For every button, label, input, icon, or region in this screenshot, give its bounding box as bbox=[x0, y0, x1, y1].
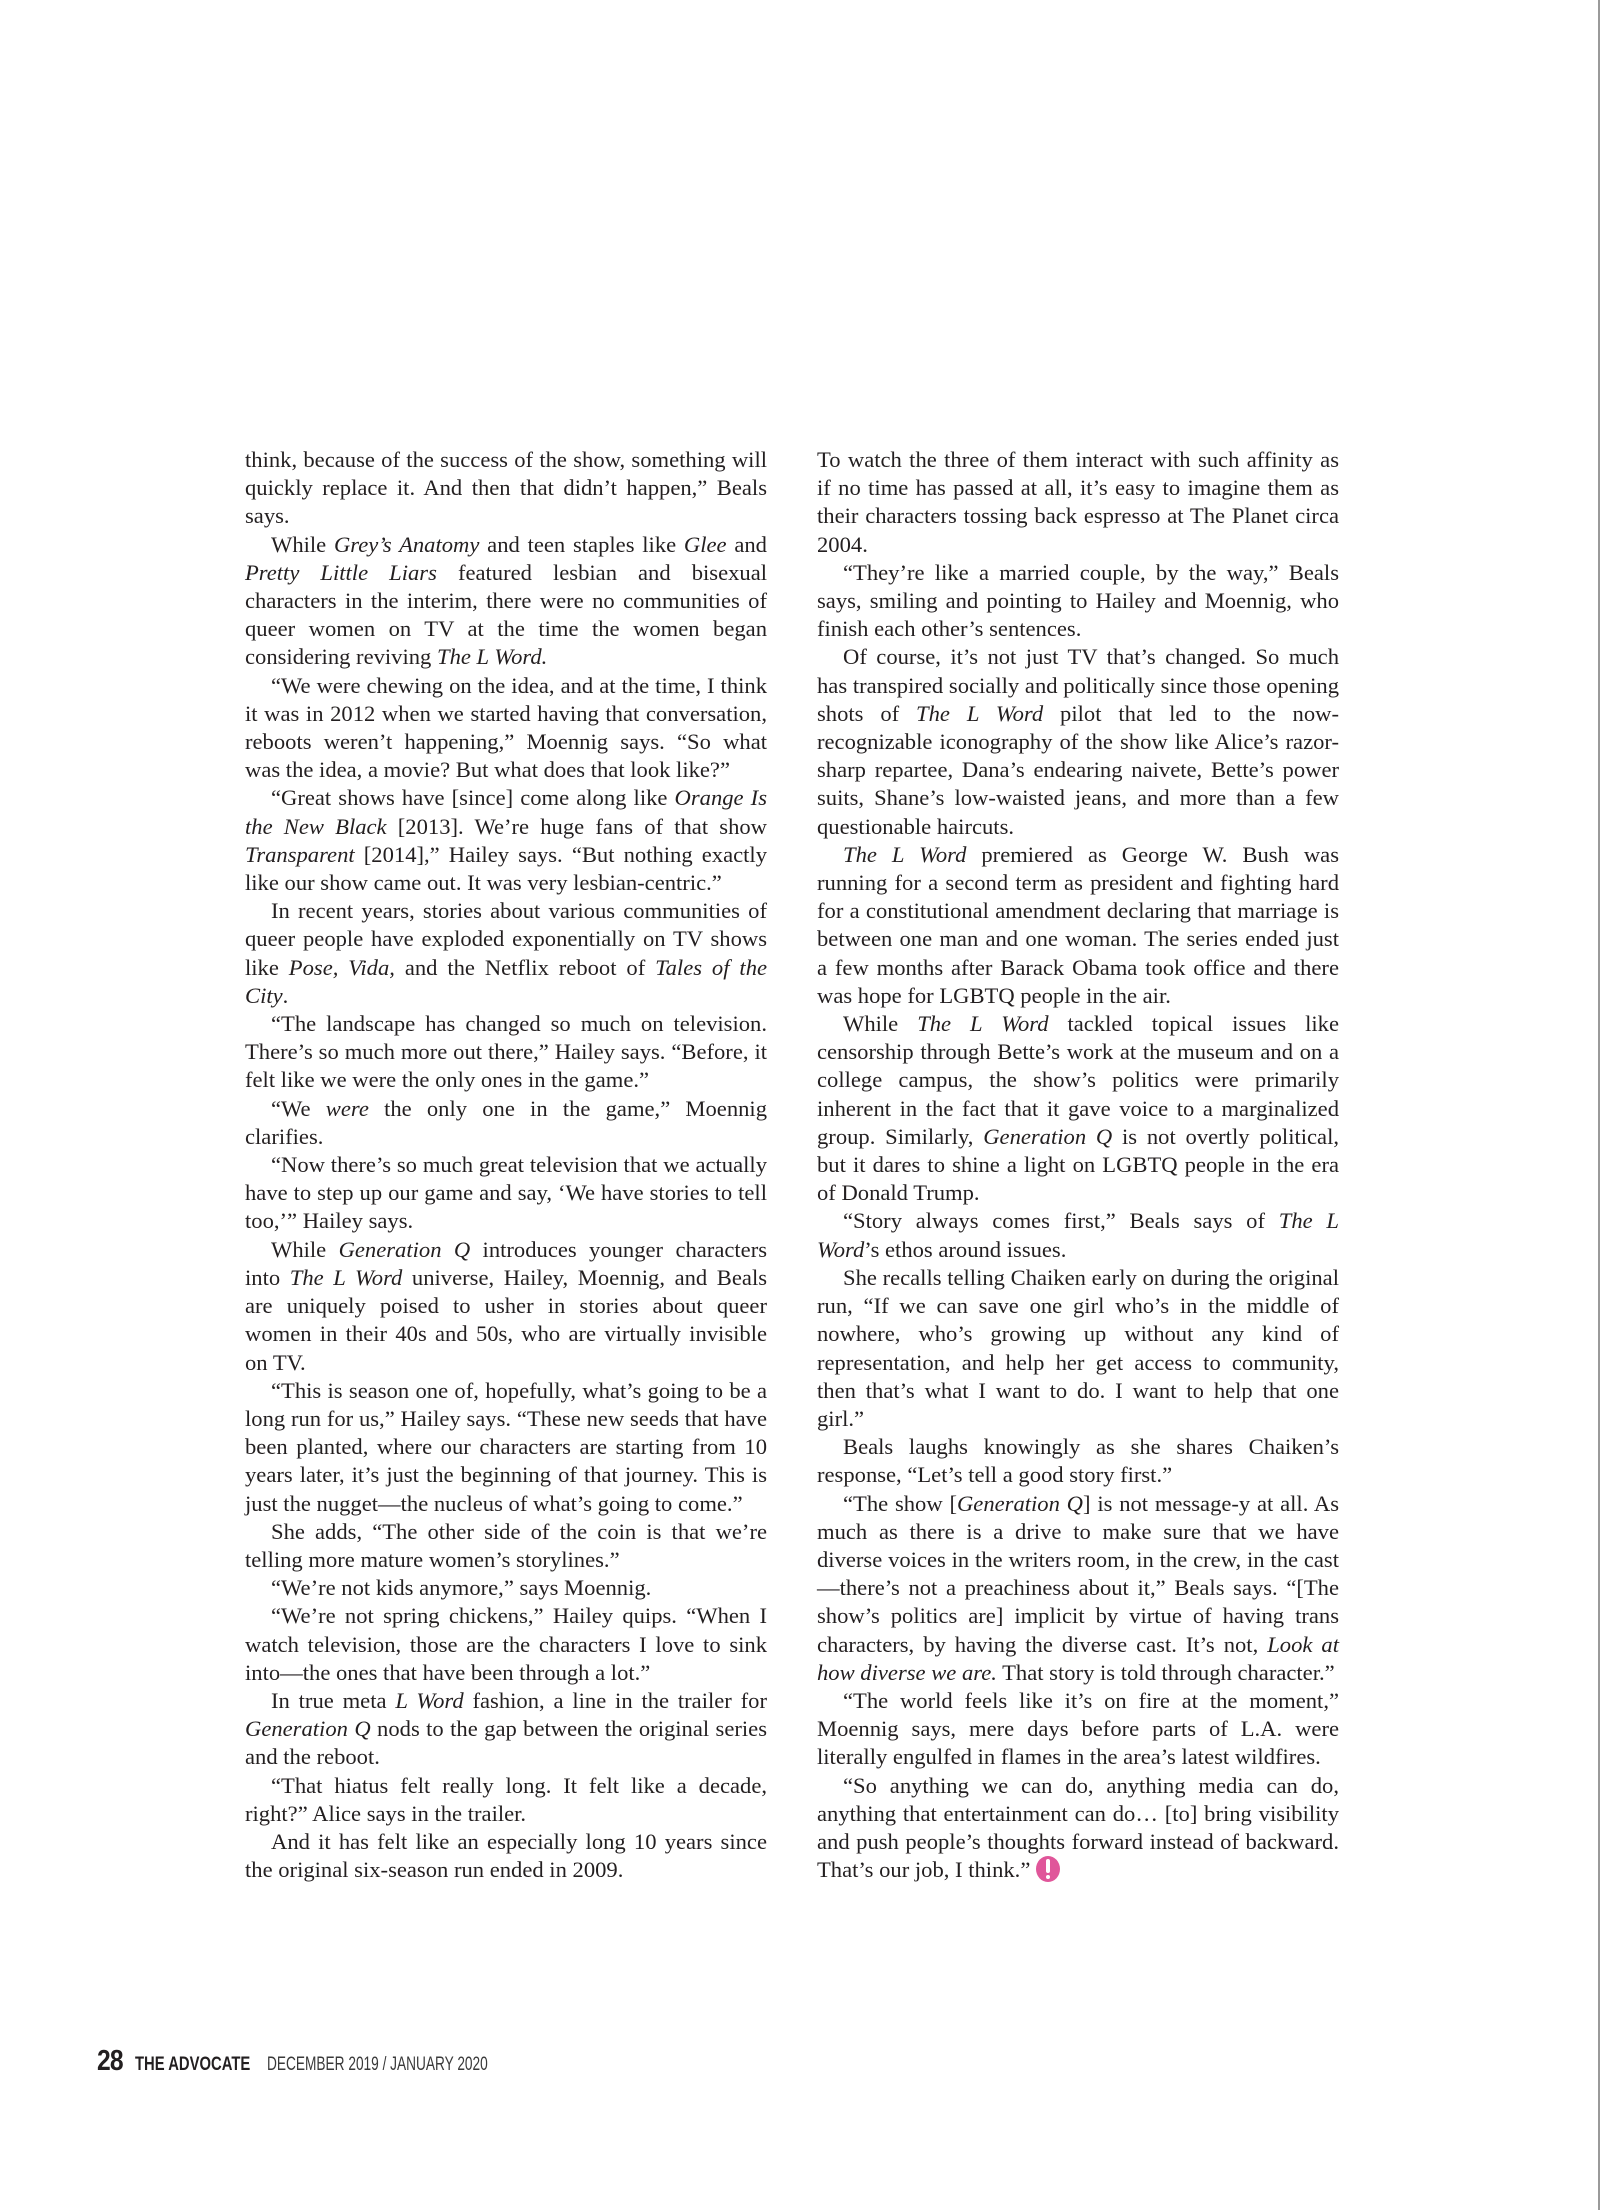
paragraph-text: “We bbox=[271, 1096, 326, 1121]
article-paragraph: She adds, “The other side of the coin is… bbox=[245, 1518, 767, 1574]
italic-title-text: Transparent bbox=[245, 842, 355, 867]
article-paragraph: “They’re like a married couple, by the w… bbox=[817, 559, 1339, 644]
paragraph-text: While bbox=[271, 1237, 339, 1262]
italic-title-text: Grey’s Anatomy bbox=[334, 532, 479, 557]
magazine-name: THE ADVOCATE bbox=[135, 2054, 236, 2076]
article-paragraph: In true meta L Word fashion, a line in t… bbox=[245, 1687, 767, 1772]
article-paragraph: “We’re not spring chickens,” Hailey quip… bbox=[245, 1602, 767, 1687]
italic-title-text: Generation Q bbox=[245, 1716, 371, 1741]
italic-title-text: Generation Q bbox=[957, 1491, 1083, 1516]
article-paragraph: In recent years, stories about various c… bbox=[245, 897, 767, 1010]
paragraph-text: “Great shows have [since] come along lik… bbox=[271, 785, 675, 810]
paragraph-text: “We’re not spring chickens,” Hailey quip… bbox=[245, 1603, 767, 1684]
italic-title-text: Generation Q bbox=[339, 1237, 471, 1262]
article-paragraph: The L Word premiered as George W. Bush w… bbox=[817, 841, 1339, 1010]
issue-date: DECEMBER 2019 / JANUARY 2020 bbox=[267, 2054, 488, 2076]
article-paragraph: “This is season one of, hopefully, what’… bbox=[245, 1377, 767, 1518]
paragraph-text: and teen staples like bbox=[479, 532, 684, 557]
paragraph-text: She adds, “The other side of the coin is… bbox=[245, 1519, 767, 1572]
paragraph-text: “The world feels like it’s on fire at th… bbox=[817, 1688, 1339, 1769]
paragraph-text: “Story always comes first,” Beals says o… bbox=[843, 1208, 1279, 1233]
italic-title-text: L Word bbox=[395, 1688, 463, 1713]
paragraph-text: “So anything we can do, anything media c… bbox=[817, 1773, 1339, 1883]
article-paragraph: “We were chewing on the idea, and at the… bbox=[245, 672, 767, 785]
italic-title-text: The L Word. bbox=[437, 644, 547, 669]
article-paragraph: “We were the only one in the game,” Moen… bbox=[245, 1095, 767, 1151]
paragraph-text: “We’re not kids anymore,” says Moennig. bbox=[271, 1575, 651, 1600]
paragraph-text: “This is season one of, hopefully, what’… bbox=[245, 1378, 767, 1516]
paragraph-text: In true meta bbox=[271, 1688, 395, 1713]
article-paragraph: To watch the three of them interact with… bbox=[817, 446, 1339, 559]
italic-title-text: were bbox=[326, 1096, 369, 1121]
italic-title-text: Generation Q bbox=[983, 1124, 1112, 1149]
paragraph-text: To watch the three of them interact with… bbox=[817, 447, 1339, 557]
paragraph-text: While bbox=[271, 532, 334, 557]
article-paragraph: “The world feels like it’s on fire at th… bbox=[817, 1687, 1339, 1772]
paragraph-text: “That hiatus felt really long. It felt l… bbox=[245, 1773, 767, 1826]
article-paragraph: think, because of the success of the sho… bbox=[245, 446, 767, 531]
article-column-right: To watch the three of them interact with… bbox=[817, 446, 1339, 1884]
italic-title-text: The L Word bbox=[843, 842, 966, 867]
paragraph-text: That story is told through character.” bbox=[997, 1660, 1335, 1685]
article-paragraph: “Story always comes first,” Beals says o… bbox=[817, 1207, 1339, 1263]
paragraph-text: “The show [ bbox=[843, 1491, 957, 1516]
article-paragraph: “So anything we can do, anything media c… bbox=[817, 1772, 1339, 1885]
paragraph-text: think, because of the success of the sho… bbox=[245, 447, 767, 528]
article-paragraph: While The L Word tackled topical issues … bbox=[817, 1010, 1339, 1207]
article-paragraph: And it has felt like an especially long … bbox=[245, 1828, 767, 1884]
paragraph-text: and bbox=[727, 532, 767, 557]
paragraph-text: She recalls telling Chaiken early on dur… bbox=[817, 1265, 1339, 1431]
article-paragraph: Beals laughs knowingly as she shares Cha… bbox=[817, 1433, 1339, 1489]
paragraph-text: fashion, a line in the trailer for bbox=[464, 1688, 767, 1713]
paragraph-text: [2013]. We’re huge fans of that show bbox=[387, 814, 767, 839]
paragraph-text: and the Netflix reboot of bbox=[395, 955, 655, 980]
italic-title-text: The L Word bbox=[916, 701, 1043, 726]
article-paragraph: “Great shows have [since] come along lik… bbox=[245, 784, 767, 897]
paragraph-text: “They’re like a married couple, by the w… bbox=[817, 560, 1339, 641]
paragraph-text: “Now there’s so much great television th… bbox=[245, 1152, 767, 1233]
paragraph-text: While bbox=[843, 1011, 917, 1036]
article-paragraph: She recalls telling Chaiken early on dur… bbox=[817, 1264, 1339, 1433]
paragraph-text: . bbox=[283, 983, 289, 1008]
advocate-a-logo-icon bbox=[1036, 1856, 1060, 1882]
article-paragraph: “The show [Generation Q] is not message-… bbox=[817, 1490, 1339, 1687]
article-paragraph: “Now there’s so much great television th… bbox=[245, 1151, 767, 1236]
italic-title-text: Glee bbox=[684, 532, 727, 557]
page-footer-folio: 28 THE ADVOCATE DECEMBER 2019 / JANUARY … bbox=[97, 2045, 574, 2081]
paragraph-text: Beals laughs knowingly as she shares Cha… bbox=[817, 1434, 1339, 1487]
paragraph-text: ’s ethos around issues. bbox=[864, 1237, 1066, 1262]
article-column-left: think, because of the success of the sho… bbox=[245, 446, 767, 1884]
article-paragraph: “That hiatus felt really long. It felt l… bbox=[245, 1772, 767, 1828]
article-paragraph: While Grey’s Anatomy and teen staples li… bbox=[245, 531, 767, 672]
article-paragraph: While Generation Q introduces younger ch… bbox=[245, 1236, 767, 1377]
paragraph-text: “We were chewing on the idea, and at the… bbox=[245, 673, 767, 783]
paragraph-text: “The landscape has changed so much on te… bbox=[245, 1011, 767, 1092]
italic-title-text: Pretty Little Liars bbox=[245, 560, 437, 585]
paragraph-text: And it has felt like an especially long … bbox=[245, 1829, 767, 1882]
page-number: 28 bbox=[97, 2045, 124, 2078]
article-paragraph: “The landscape has changed so much on te… bbox=[245, 1010, 767, 1095]
italic-title-text: The L Word bbox=[917, 1011, 1048, 1036]
italic-title-text: Pose, Vida, bbox=[289, 955, 395, 980]
article-paragraph: Of course, it’s not just TV that’s chang… bbox=[817, 643, 1339, 840]
italic-title-text: The L Word bbox=[290, 1265, 403, 1290]
article-paragraph: “We’re not kids anymore,” says Moennig. bbox=[245, 1574, 767, 1602]
